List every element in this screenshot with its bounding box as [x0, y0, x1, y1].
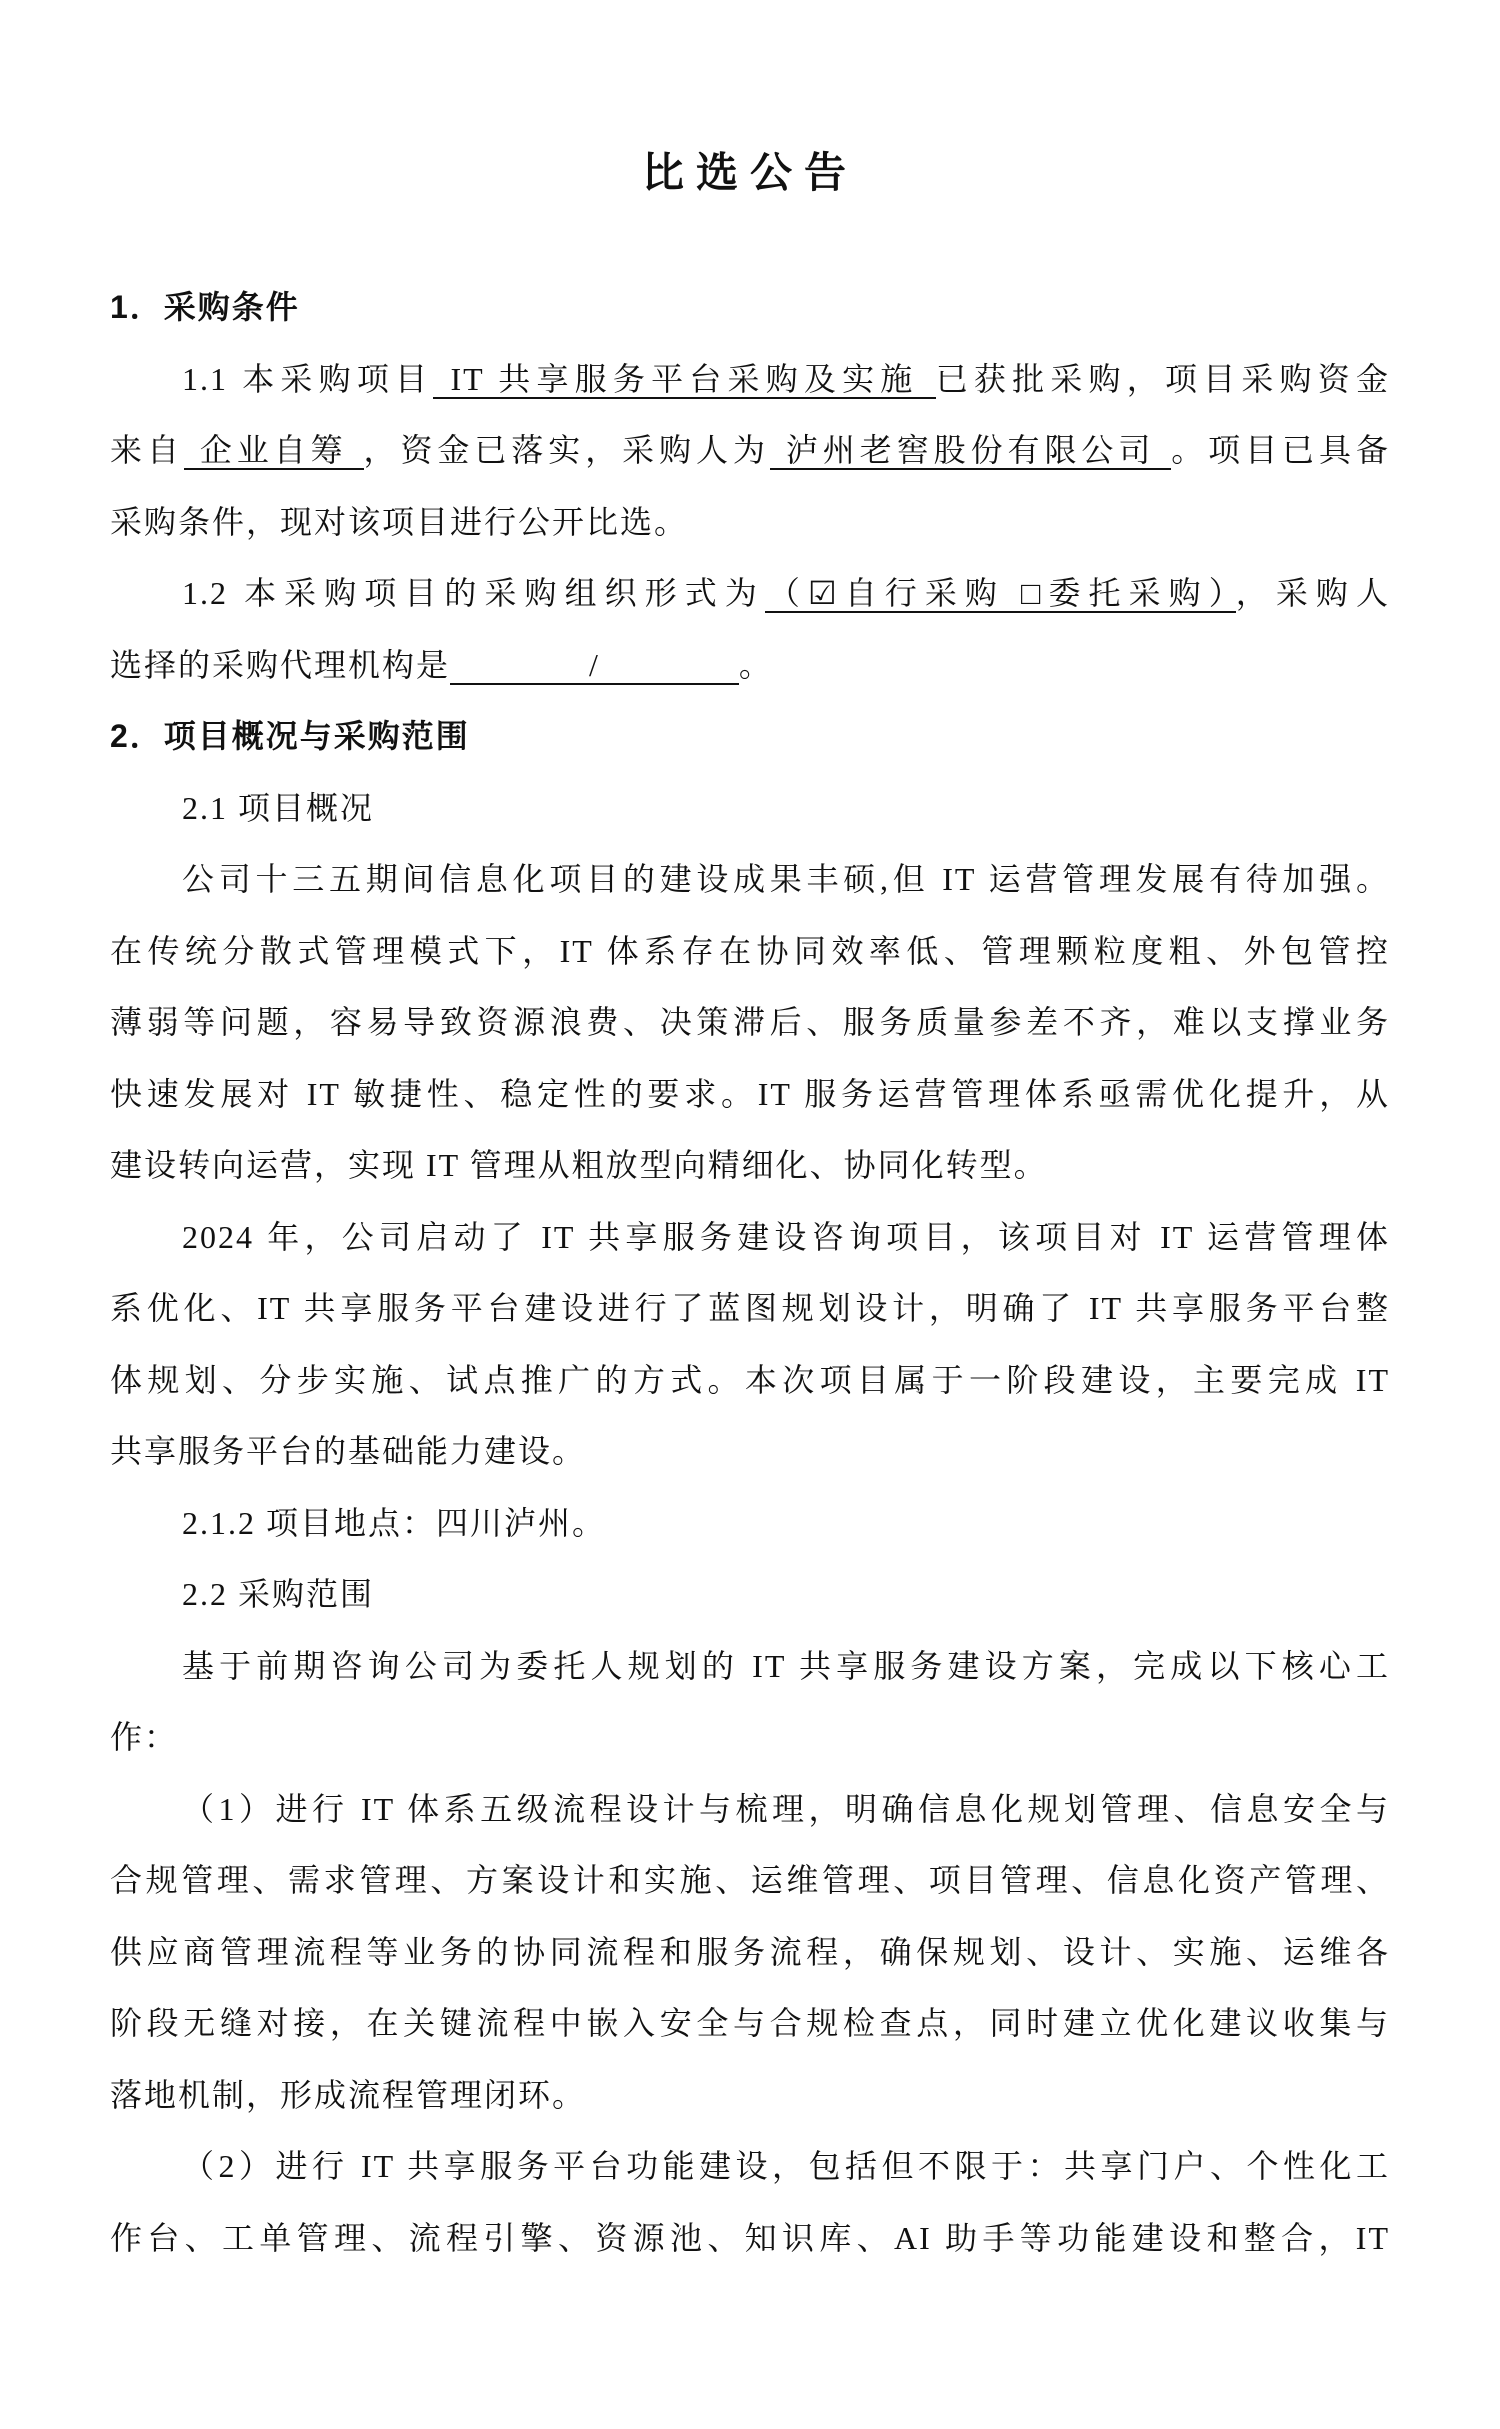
text-segment: （1）进行 IT 体系五级流程设计与梳理，明确信息化规划管理、信息安全与: [182, 1791, 1390, 1827]
agency-blank: /: [450, 647, 739, 685]
para-2024-line-2: 系优化、IT 共享服务平台建设进行了蓝图规划设计，明确了 IT 共享服务平台整: [110, 1273, 1390, 1345]
text-segment: 2024 年，公司启动了 IT 共享服务建设咨询项目，该项目对 IT 运营管理体: [182, 1219, 1390, 1255]
heading-2-project-overview-scope: 2．项目概况与采购范围: [110, 701, 1390, 773]
para-2024-line-4: 共享服务平台的基础能力建设。: [110, 1416, 1390, 1488]
text-segment: 采购条件，现对该项目进行公开比选。: [110, 504, 688, 540]
para-1-1-line-2: 来自 企业自筹 ，资金已落实，采购人为 泸州老窖股份有限公司 。项目已具备: [110, 415, 1390, 487]
text-segment: 基于前期咨询公司为委托人规划的 IT 共享服务建设方案，完成以下核心工: [182, 1648, 1390, 1684]
text-segment: 合规管理、需求管理、方案设计和实施、运维管理、项目管理、信息化资产管理、: [110, 1862, 1390, 1898]
para-item1-line-2: 合规管理、需求管理、方案设计和实施、运维管理、项目管理、信息化资产管理、: [110, 1845, 1390, 1917]
heading-2-2-procurement-scope: 2.2 采购范围: [110, 1559, 1390, 1631]
text-segment: 快速发展对 IT 敏捷性、稳定性的要求。IT 服务运营管理体系亟需优化提升，从: [110, 1076, 1390, 1112]
para-overview-line-3: 薄弱等问题，容易导致资源浪费、决策滞后、服务质量参差不齐，难以支撑业务: [110, 987, 1390, 1059]
funding-source-blank: 企业自筹: [184, 432, 364, 470]
text-segment: ，采购人: [1236, 575, 1390, 611]
text-segment: （2）进行 IT 共享服务平台功能建设，包括但不限于：共享门户、个性化工: [182, 2148, 1390, 2184]
text-segment: 1.1 本采购项目: [182, 361, 433, 397]
heading-2-1-project-overview: 2.1 项目概况: [110, 773, 1390, 845]
text-segment: 2.1 项目概况: [182, 790, 374, 826]
text-segment: 选择的采购代理机构是: [110, 647, 450, 683]
project-name-blank: IT 共享服务平台采购及实施: [433, 361, 935, 399]
text-segment: 2.2 采购范围: [182, 1576, 374, 1612]
para-1-1-line-1: 1.1 本采购项目 IT 共享服务平台采购及实施 已获批采购，项目采购资金: [110, 344, 1390, 416]
para-2024-line-1: 2024 年，公司启动了 IT 共享服务建设咨询项目，该项目对 IT 运营管理体: [110, 1202, 1390, 1274]
para-1-1-line-3: 采购条件，现对该项目进行公开比选。: [110, 487, 1390, 559]
text-segment: 已获批采购，项目采购资金: [936, 361, 1390, 397]
para-1-2-line-2: 选择的采购代理机构是 / 。: [110, 630, 1390, 702]
para-1-2-line-1: 1.2 本采购项目的采购组织形式为（☑自行采购 □委托采购），采购人: [110, 558, 1390, 630]
text-segment: 落地机制，形成流程管理闭环。: [110, 2077, 586, 2113]
text-segment: 2.1.2 项目地点：四川泸州。: [182, 1505, 606, 1541]
text-segment: 1．采购条件: [110, 289, 300, 325]
para-scope-line-1: 基于前期咨询公司为委托人规划的 IT 共享服务建设方案，完成以下核心工: [110, 1631, 1390, 1703]
para-overview-line-2: 在传统分散式管理模式下，IT 体系存在协同效率低、管理颗粒度粗、外包管控: [110, 916, 1390, 988]
text-segment: 体规划、分步实施、试点推广的方式。本次项目属于一阶段建设，主要完成 IT: [110, 1362, 1390, 1398]
text-segment: 薄弱等问题，容易导致资源浪费、决策滞后、服务质量参差不齐，难以支撑业务: [110, 1004, 1390, 1040]
text-segment: 公司十三五期间信息化项目的建设成果丰硕,但 IT 运营管理发展有待加强。: [182, 861, 1390, 897]
para-item2-line-1: （2）进行 IT 共享服务平台功能建设，包括但不限于：共享门户、个性化工: [110, 2131, 1390, 2203]
para-item1-line-1: （1）进行 IT 体系五级流程设计与梳理，明确信息化规划管理、信息安全与: [110, 1774, 1390, 1846]
text-segment: 在传统分散式管理模式下，IT 体系存在协同效率低、管理颗粒度粗、外包管控: [110, 933, 1390, 969]
text-segment: 1.2 本采购项目的采购组织形式为: [182, 575, 765, 611]
purchaser-name-blank: 泸州老窖股份有限公司: [770, 432, 1171, 470]
para-item1-line-4: 阶段无缝对接，在关键流程中嵌入安全与合规检查点，同时建立优化建议收集与: [110, 1988, 1390, 2060]
para-item2-line-2: 作台、工单管理、流程引擎、资源池、知识库、AI 助手等功能建设和整合，IT: [110, 2203, 1390, 2275]
para-item1-line-5: 落地机制，形成流程管理闭环。: [110, 2060, 1390, 2132]
text-segment: 建设转向运营，实现 IT 管理从粗放型向精细化、协同化转型。: [110, 1147, 1048, 1183]
text-segment: 系优化、IT 共享服务平台建设进行了蓝图规划设计，明确了 IT 共享服务平台整: [110, 1290, 1390, 1326]
text-segment: 阶段无缝对接，在关键流程中嵌入安全与合规检查点，同时建立优化建议收集与: [110, 2005, 1390, 2041]
document-body: 1．采购条件1.1 本采购项目 IT 共享服务平台采购及实施 已获批采购，项目采…: [110, 272, 1390, 2274]
heading-1-procurement-conditions: 1．采购条件: [110, 272, 1390, 344]
text-segment: 来自: [110, 432, 184, 468]
text-segment: 2．项目概况与采购范围: [110, 718, 470, 754]
text-segment: 作台、工单管理、流程引擎、资源池、知识库、AI 助手等功能建设和整合，IT: [110, 2220, 1390, 2256]
document-title: 比选公告: [110, 140, 1390, 208]
para-overview-line-1: 公司十三五期间信息化项目的建设成果丰硕,但 IT 运营管理发展有待加强。: [110, 844, 1390, 916]
heading-2-1-2-project-location: 2.1.2 项目地点：四川泸州。: [110, 1488, 1390, 1560]
para-overview-line-5: 建设转向运营，实现 IT 管理从粗放型向精细化、协同化转型。: [110, 1130, 1390, 1202]
document-page: 比选公告 1．采购条件1.1 本采购项目 IT 共享服务平台采购及实施 已获批采…: [0, 0, 1500, 2429]
para-scope-line-2: 作：: [110, 1702, 1390, 1774]
text-segment: 供应商管理流程等业务的协同流程和服务流程，确保规划、设计、实施、运维各: [110, 1934, 1390, 1970]
text-segment: 。项目已具备: [1171, 432, 1390, 468]
para-item1-line-3: 供应商管理流程等业务的协同流程和服务流程，确保规划、设计、实施、运维各: [110, 1917, 1390, 1989]
para-2024-line-3: 体规划、分步实施、试点推广的方式。本次项目属于一阶段建设，主要完成 IT: [110, 1345, 1390, 1417]
procurement-mode-checkbox-blank: （☑自行采购 □委托采购）: [765, 575, 1236, 613]
para-overview-line-4: 快速发展对 IT 敏捷性、稳定性的要求。IT 服务运营管理体系亟需优化提升，从: [110, 1059, 1390, 1131]
text-segment: 作：: [110, 1719, 178, 1755]
text-segment: 。: [739, 647, 773, 683]
text-segment: ，资金已落实，采购人为: [364, 432, 770, 468]
text-segment: 共享服务平台的基础能力建设。: [110, 1433, 586, 1469]
